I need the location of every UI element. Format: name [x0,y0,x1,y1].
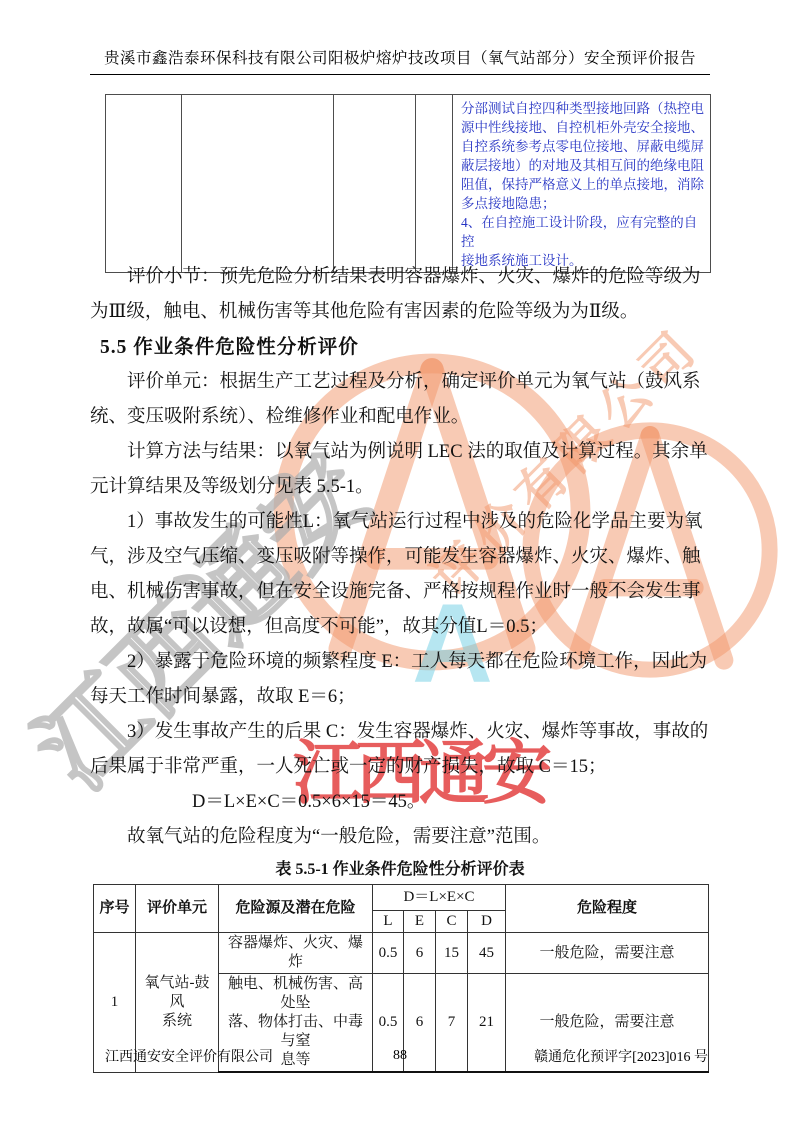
table-row: 1 氧气站-鼓风 系统 容器爆炸、火灾、爆炸 0.5 6 15 45 一般危险，… [94,933,709,974]
document-page: 评价有限公司 A 江西通安 江西通安 贵溪市鑫浩泰环保科技有限公司阳极炉熔炉技改… [0,0,800,1131]
header-E: E [404,911,436,933]
footer-company: 江西通安安全评价有限公司 [105,1046,273,1066]
header-seq: 序号 [94,885,136,933]
countermeasure-note-cell: 分部测试自控四种类型接地回路（热控电 源中性线接地、自控机柜外壳安全接地、 自控… [453,95,711,273]
paragraph-exposure-E: 2）暴露于危险环境的频繁程度 E：工人每天都在危险环境工作，因此为 每天工作时间… [90,645,710,715]
cell-hazard: 容器爆炸、火灾、爆炸 [219,933,373,974]
paragraph-risk-conclusion: 故氧气站的危险程度为“一般危险，需要注意”范围。 [90,820,710,855]
header-rule [90,74,710,75]
cell-D: 21 [468,974,506,1073]
empty-cell [334,95,416,273]
continuation-table: 分部测试自控四种类型接地回路（热控电 源中性线接地、自控机柜外壳安全接地、 自控… [105,94,711,273]
lec-formula: D＝L×E×C＝0.5×6×15＝45。 [192,785,710,820]
content-layer: 贵溪市鑫浩泰环保科技有限公司阳极炉熔炉技改项目（氧气站部分）安全预评价报告 分部… [0,0,800,1131]
page-header-title: 贵溪市鑫浩泰环保科技有限公司阳极炉熔炉技改项目（氧气站部分）安全预评价报告 [0,46,800,68]
paragraph-calculation-method: 计算方法与结果：以氧气站为例说明 LEC 法的取值及计算过程。其余单 元计算结果… [90,435,710,505]
footer-page-number: 88 [355,1048,445,1064]
paragraph-evaluation-summary: 评价小节：预先危险分析结果表明容器爆炸、火灾、爆炸的危险等级为 为Ⅲ级，触电、机… [90,260,710,330]
cell-E: 6 [404,933,436,974]
header-unit: 评价单元 [136,885,219,933]
empty-cell [182,95,334,273]
footer-doc-number: 赣通危化预评字[2023]016 号 [534,1046,708,1066]
cell-L: 0.5 [373,933,404,974]
table-header-row: 序号 评价单元 危险源及潜在危险 D＝L×E×C 危险程度 [94,885,709,911]
cell-C: 15 [436,933,468,974]
section-heading-5-5: 5.5 作业条件危险性分析评价 [100,330,710,365]
empty-cell [106,95,182,273]
lec-analysis-table: 序号 评价单元 危险源及潜在危险 D＝L×E×C 危险程度 L E C D 1 … [93,884,709,1073]
paragraph-evaluation-units: 评价单元：根据生产工艺过程及分析，确定评价单元为氧气站（鼓风系 统、变压吸附系统… [90,365,710,435]
empty-cell [416,95,453,273]
body-text-column: 评价小节：预先危险分析结果表明容器爆炸、火灾、爆炸的危险等级为 为Ⅲ级，触电、机… [90,260,710,855]
header-L: L [373,911,404,933]
paragraph-likelihood-L: 1）事故发生的可能性L：氧气站运行过程中涉及的危险化学品主要为氧 气，涉及空气压… [90,505,710,645]
header-C: C [436,911,468,933]
table-row: 分部测试自控四种类型接地回路（热控电 源中性线接地、自控机柜外壳安全接地、 自控… [106,95,711,273]
header-D: D [468,911,506,933]
header-level: 危险程度 [506,885,709,933]
cell-level: 一般危险，需要注意 [506,933,709,974]
paragraph-consequence-C: 3）发生事故产生的后果 C：发生容器爆炸、火灾、爆炸等事故，事故的 后果属于非常… [90,715,710,785]
header-hazard: 危险源及潜在危险 [219,885,373,933]
cell-D: 45 [468,933,506,974]
header-formula-group: D＝L×E×C [373,885,506,911]
table-caption: 表 5.5-1 作业条件危险性分析评价表 [90,856,710,879]
